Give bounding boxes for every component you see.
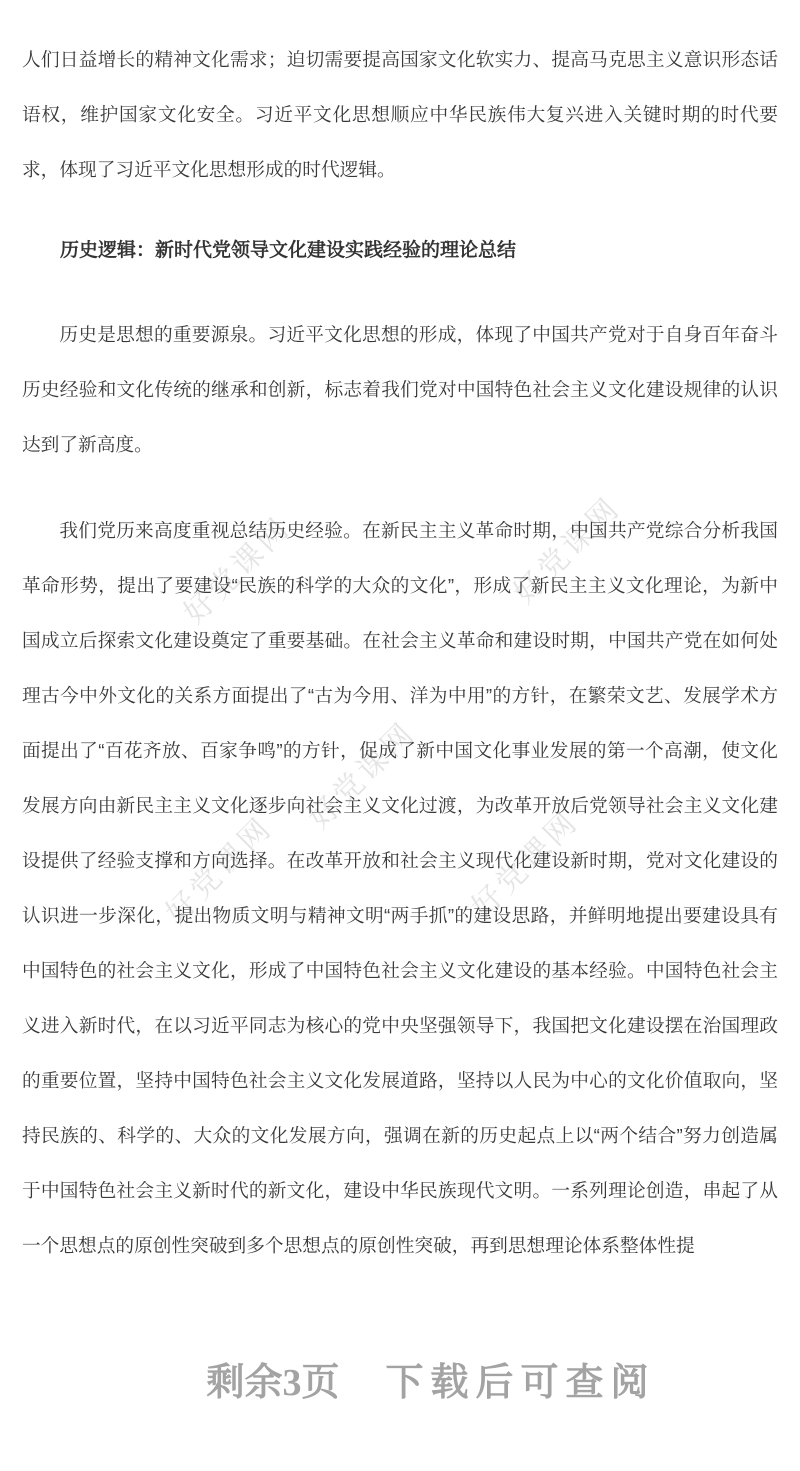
remaining-pages-notice: 剩余3页下载后可查阅 bbox=[62, 1363, 800, 1405]
section-heading: 历史逻辑：新时代党领导文化建设实践经验的理论总结 bbox=[22, 223, 778, 278]
remaining-pages-count: 剩余3页 bbox=[206, 1362, 339, 1404]
download-hint: 下载后可查阅 bbox=[386, 1362, 656, 1404]
document-content: 人们日益增长的精神文化需求；迫切需要提高国家文化软实力、提高马克思主义意识形态话… bbox=[22, 0, 778, 1273]
paragraph-history-source: 历史是思想的重要源泉。习近平文化思想的形成，体现了中国共产党对于自身百年奋斗历史… bbox=[22, 307, 778, 472]
paragraph-history-experience: 我们党历来高度重视总结历史经验。在新民主主义革命时期，中国共产党综合分析我国革命… bbox=[22, 503, 778, 1273]
paragraph-intro-continued: 人们日益增长的精神文化需求；迫切需要提高国家文化软实力、提高马克思主义意识形态话… bbox=[22, 32, 778, 197]
document-page: 好党课网 好党课网 好党课网 好党课网 好党课网 人们日益增长的精神文化需求；迫… bbox=[0, 0, 800, 1471]
